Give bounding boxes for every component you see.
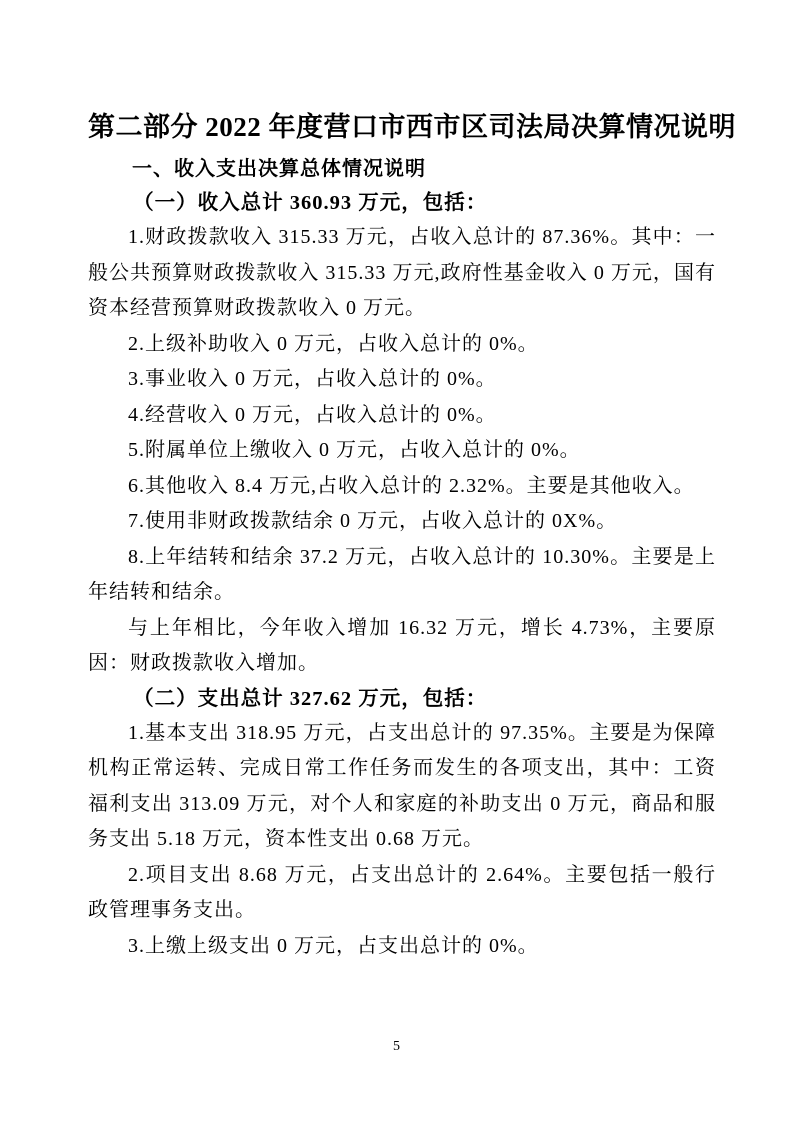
income-item-subordinate-remittance: 5.附属单位上缴收入 0 万元，占收入总计的 0%。 — [88, 433, 716, 469]
income-item-carryover: 8.上年结转和结余 37.2 万元，占收入总计的 10.30%。主要是上年结转和… — [88, 540, 716, 611]
income-year-comparison: 与上年相比，今年收入增加 16.32 万元，增长 4.73%，主要原因：财政拨款… — [88, 611, 716, 682]
expenditure-item-project: 2.项目支出 8.68 万元，占支出总计的 2.64%。主要包括一般行政管理事务… — [88, 858, 716, 929]
expenditure-item-basic: 1.基本支出 318.95 万元，占支出总计的 97.35%。主要是为保障机构正… — [88, 716, 716, 858]
document-page: 第二部分 2022 年度营口市西市区司法局决算情况说明 一、收入支出决算总体情况… — [0, 0, 793, 1122]
expenditure-total-heading: （二）支出总计 327.62 万元，包括： — [88, 682, 716, 716]
income-total-heading: （一）收入总计 360.93 万元，包括： — [88, 186, 716, 220]
income-item-nonfiscal-balance: 7.使用非财政拨款结余 0 万元，占收入总计的 0X%。 — [88, 504, 716, 540]
overview-heading: 一、收入支出决算总体情况说明 — [88, 153, 716, 186]
income-item-operating: 4.经营收入 0 万元，占收入总计的 0%。 — [88, 398, 716, 434]
document-body: 第二部分 2022 年度营口市西市区司法局决算情况说明 一、收入支出决算总体情况… — [88, 110, 716, 964]
expenditure-item-remitted: 3.上缴上级支出 0 万元，占支出总计的 0%。 — [88, 929, 716, 965]
income-item-fiscal-appropriation: 1.财政拨款收入 315.33 万元，占收入总计的 87.36%。其中：一般公共… — [88, 220, 716, 327]
income-item-institutional: 3.事业收入 0 万元，占收入总计的 0%。 — [88, 362, 716, 398]
income-item-other: 6.其他收入 8.4 万元,占收入总计的 2.32%。主要是其他收入。 — [88, 469, 716, 505]
page-number: 5 — [0, 1038, 793, 1056]
document-title: 第二部分 2022 年度营口市西市区司法局决算情况说明 — [88, 110, 716, 145]
income-item-superior-subsidy: 2.上级补助收入 0 万元，占收入总计的 0%。 — [88, 327, 716, 363]
